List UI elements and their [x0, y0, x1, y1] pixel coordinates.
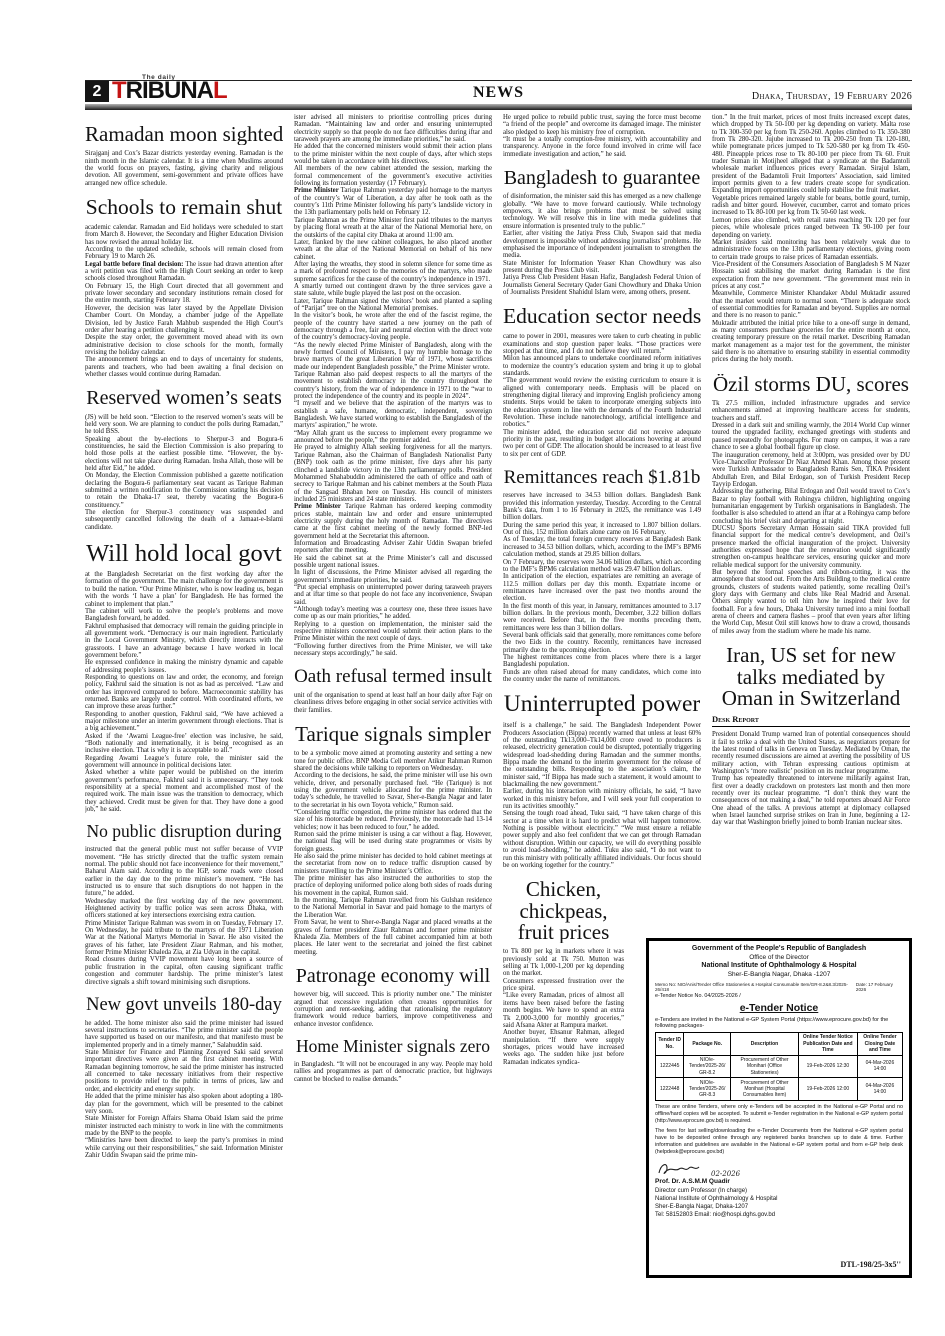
article: Remittances reach $1.81breserves have in… — [503, 468, 701, 683]
article-paragraph: Milon has announced plans to undertake c… — [503, 355, 701, 377]
article-paragraph: Muktadir attributed the initial price hi… — [712, 320, 910, 364]
article: Özil storms DU, scoresTk 27.5 million, i… — [712, 374, 910, 635]
article-paragraph: Speaking about the by-elections to Sherp… — [85, 436, 283, 473]
article-paragraph: President Donald Trump warned Iran of po… — [712, 731, 910, 775]
article-headline: Patronage economy will — [294, 966, 492, 986]
article-headline: Bangladesh to guarantee — [503, 168, 701, 188]
article-paragraph: “Ministries have been directed to keep t… — [85, 1137, 283, 1159]
article-paragraph: He added that the concerned ministers wo… — [294, 143, 492, 165]
tender-cell: 1222448 — [656, 1078, 684, 1101]
article-headline: Reserved women’s seats — [85, 388, 283, 408]
article-paragraph: Asked if the ‘Awami League-free’ electio… — [85, 733, 283, 755]
tender-title: e-Tender Notice — [655, 1002, 903, 1014]
article: No public disruption duringinstructed th… — [85, 823, 283, 985]
article-paragraph: He also said the prime minister has deci… — [294, 853, 492, 875]
article-paragraph: Meanwhile, Commerce Minister Khandaker A… — [712, 290, 910, 319]
tender-notice-number: e-Tender Notice No. 04/2025-2026 / — [655, 993, 903, 999]
article-paragraph: According to the updated schedule, schoo… — [85, 246, 283, 261]
article-paragraph: Responding to another question, Fakhrul … — [85, 711, 283, 733]
signatory-org: National Institute of Ophthalmology & Ho… — [655, 1195, 903, 1203]
article-paragraph: He prayed to almighty Allah seeking forg… — [294, 444, 492, 503]
article-paragraph: Despite the stay order, the government m… — [85, 334, 283, 356]
article-headline: Tarique signals simpler — [294, 724, 492, 745]
article-paragraph: of disinformation, the minister said thi… — [503, 193, 701, 230]
article-paragraph: at the Bangladesh Secretariat on the fir… — [85, 571, 283, 608]
article-paragraph: “Following further directives from the P… — [294, 643, 492, 658]
tender-row: 1222448NIO/e-Tender/2025-26/ GR-8.3Procu… — [656, 1078, 903, 1101]
article-paragraph: The cabinet will work to solve the peopl… — [85, 608, 283, 623]
article-paragraph: Tk 27.5 million, included infrastructure… — [712, 400, 910, 422]
masthead: 2 The daily TRIBUNAL NEWS Dhaka, Thursda… — [85, 83, 912, 102]
article-paragraph: State Minister for Foreign Affairs Shama… — [85, 1115, 283, 1137]
article-paragraph: He said the cabinet sat at the Prime Min… — [294, 555, 492, 570]
article-paragraph: (JS) will be held soon. “Election to the… — [85, 414, 283, 436]
dateline: Dhaka, Thursday, 19 February 2026 — [752, 91, 912, 102]
article-paragraph: On February 15, the High Court directed … — [85, 283, 283, 305]
article: Education sector needscame to power in 2… — [503, 306, 701, 458]
article-paragraph: Lemon prices also climbed, with retail r… — [712, 217, 910, 239]
brand-logo: The daily TRIBUNAL — [112, 74, 227, 102]
article-headline: Uninterrupted power — [503, 693, 701, 717]
signature-scribble-icon — [655, 1160, 707, 1178]
article: Tarique signals simplerto be a symbolic … — [294, 724, 492, 956]
article-paragraph: “The government would review the existin… — [503, 377, 701, 428]
article-paragraph: he added. The home minister also said th… — [85, 1020, 283, 1049]
article-headline: Schools to remain shut — [85, 197, 283, 219]
tender-intro: e-Tenders are invited in the National e-… — [655, 1017, 903, 1029]
article-paragraph: Wednesday marked the first working day o… — [85, 898, 283, 920]
article-paragraph: In the first month of this year, in Janu… — [503, 603, 701, 632]
article-byline: Desk Report — [712, 714, 910, 727]
article-headline: Will hold local govt — [85, 541, 283, 566]
article: Iran, US set for new talks mediated by O… — [712, 645, 910, 827]
article-paragraph: “May Allah grant us the success to imple… — [294, 430, 492, 445]
article-paragraph: In anticipation of the election, expatri… — [503, 573, 701, 602]
article-paragraph: However, the decision was later stayed b… — [85, 305, 283, 334]
column-2: ister advised all ministers to prioritis… — [294, 114, 492, 1299]
article-paragraph: “Although today’s meeting was a courtesy… — [294, 606, 492, 621]
article: Reserved women’s seats(JS) will be held … — [85, 388, 283, 531]
tender-memo-no: Memo No: NIO/Anis/Tender Office Statione… — [655, 982, 856, 992]
article-paragraph: Vegetable prices remained largely stable… — [712, 195, 910, 217]
article-paragraph: Later, flanked by the new cabinet collea… — [294, 239, 492, 261]
article-paragraph: In the visitor’s book, he wrote after th… — [294, 312, 492, 341]
article-paragraph: He added that the prime minister has als… — [85, 1093, 283, 1115]
article-paragraph: Regarding Awami League’s future role, th… — [85, 755, 283, 770]
article-headline: New govt unveils 180-day — [85, 996, 283, 1015]
article-headline: Education sector needs — [503, 306, 701, 328]
article-paragraph: “Put special emphasis on uninterrupted p… — [294, 584, 492, 606]
article-paragraph: unit of the organisation to spend at lea… — [294, 692, 492, 714]
article: Ramadan moon sightedSirajganj and Cox’s … — [85, 124, 283, 187]
article-paragraph: to be a symbolic move aimed at promoting… — [294, 750, 492, 772]
article-paragraph: After laying the wreaths, they stood in … — [294, 261, 492, 283]
article-paragraph: The prime minister has also instructed t… — [294, 875, 492, 897]
signatory-contact: Tel: 58152803 Email: nio@hospi.dghs.gov.… — [655, 1211, 903, 1219]
article-paragraph: The announcement brings an end to days o… — [85, 356, 283, 378]
article-paragraph: Sensing the tough road ahead, Tuku said,… — [503, 810, 701, 869]
article: tion.” In the fruit market, prices of mo… — [712, 114, 910, 364]
article-paragraph: Several bank officials said that general… — [503, 632, 701, 654]
article-paragraph: Asked whether a white paper would be pub… — [85, 769, 283, 813]
article-paragraph: On Monday, the Election Commission publi… — [85, 472, 283, 509]
signature-row: 02-2026 — [655, 1160, 903, 1178]
signature-date-scrawl: 02-2026 — [711, 1170, 740, 1178]
article-paragraph: Prime Minister Tarique Rahman yesterday … — [294, 187, 492, 216]
article: Will hold local govtat the Bangladesh Se… — [85, 541, 283, 813]
article-headline: Özil storms DU, scores — [712, 374, 910, 395]
article: Schools to remain shutacademic calendar.… — [85, 197, 283, 378]
article-paragraph: Fakhrul emphasised that democracy will r… — [85, 623, 283, 660]
article-paragraph: In light of discussions, the Prime Minis… — [294, 569, 492, 584]
article-paragraph: The inauguration ceremony, held at 3:00p… — [712, 452, 910, 489]
article: Patronage economy willhowever big, will … — [294, 966, 492, 1028]
article-paragraph: academic calendar. Ramadan and Eid holid… — [85, 224, 283, 246]
tender-row: 1222445NIO/e-Tender/2025-26/ GR-8.2Procu… — [656, 1055, 903, 1078]
masthead-left: 2 The daily TRIBUNAL — [85, 74, 227, 102]
article-paragraph: Prime Minister Tarique Rahman has ordere… — [294, 503, 492, 540]
article-paragraph: itself is a challenge,” he said. The Ban… — [503, 722, 701, 788]
newspaper-page: 2 The daily TRIBUNAL NEWS Dhaka, Thursda… — [0, 0, 945, 1336]
tender-col-header: Tender ID No. — [656, 1032, 684, 1055]
tender-cell: 19-Feb-2026 12:00 — [798, 1078, 857, 1101]
article-paragraph: Responding to questions on law and order… — [85, 674, 283, 711]
article: Chicken, chickpeas, fruit pricesto Tk 80… — [503, 879, 624, 1066]
column-1: Ramadan moon sightedSirajganj and Cox’s … — [85, 114, 283, 1299]
tender-office-line: Office of the Director — [655, 954, 903, 962]
article-paragraph: Earlier, after visiting the Jatiya Press… — [503, 230, 701, 259]
article-paragraph: “Like every Ramadan, prices of almost al… — [503, 992, 624, 1029]
article: Bangladesh to guaranteeof disinformation… — [503, 168, 701, 296]
article-paragraph: The election for Sherpur-3 constituency … — [85, 509, 283, 531]
article-paragraph: A smartly turned out contingent drawn by… — [294, 283, 492, 298]
article-paragraph: “I myself and we believe that the aspira… — [294, 400, 492, 429]
article-paragraph: During the same period this year, it inc… — [503, 522, 701, 537]
article-paragraph: Market insiders said monitoring has been… — [712, 239, 910, 261]
article-paragraph: State Minister for Information Yeaser Kh… — [503, 260, 701, 275]
article-paragraph: Information and Broadcasting Adviser Zah… — [294, 540, 492, 555]
article-paragraph: Funds are often raised abroad for many c… — [503, 669, 701, 684]
article-paragraph: Consumers expressed frustration over the… — [503, 978, 624, 993]
article-paragraph: But beyond the formal speeches and ribbo… — [712, 569, 910, 635]
article-paragraph: Tarique Rahman as the Prime Minister fir… — [294, 217, 492, 239]
article-paragraph: DUCSU Sports Secretary Arman Hossain sai… — [712, 525, 910, 569]
tender-memo-row: Memo No: NIO/Anis/Tender Office Statione… — [655, 982, 903, 992]
article-paragraph: The minister added, the education sector… — [503, 429, 701, 458]
signatory-title: Director cum Professor (In charge) — [655, 1187, 903, 1195]
masthead-divider-bar — [85, 104, 912, 110]
article-paragraph: Jatiya Press Club President Hasan Hafiz,… — [503, 274, 701, 296]
article-paragraph: Vice-President of the Consumers Associat… — [712, 261, 910, 290]
article-headline: Remittances reach $1.81b — [503, 468, 701, 487]
tender-cell: 19-Feb-2026 12:30 — [798, 1055, 857, 1078]
article-paragraph: All members of the new cabinet attended … — [294, 165, 492, 187]
article-paragraph: Replying to a question on implementation… — [294, 621, 492, 643]
article-paragraph: reserves have increased to 34.53 billion… — [503, 492, 701, 521]
article: Uninterrupted poweritself is a challenge… — [503, 693, 701, 869]
tender-col-header: Online Tender Notice Publication Date an… — [798, 1032, 857, 1055]
article-paragraph: Legal battle before final decision: The … — [85, 261, 283, 283]
tender-col-header: Online Tender Closing Date and Time — [857, 1032, 902, 1055]
article-paragraph: In the morning, Tarique Rahman travelled… — [294, 897, 492, 919]
tender-institute-line: National Institute of Ophthalmology & Ho… — [655, 962, 903, 971]
article-paragraph: ister advised all ministers to prioritis… — [294, 114, 492, 143]
tender-note-1: These are online Tenders, where only e-T… — [655, 1104, 903, 1125]
article-paragraph: Later, Tarique Rahman signed the visitor… — [294, 298, 492, 313]
article-paragraph: however big, will succeed. This is prior… — [294, 991, 492, 1028]
tender-cell: Procurement of Other Monihari (Office St… — [731, 1055, 799, 1078]
article-paragraph: came to power in 2001, measures were tak… — [503, 333, 701, 355]
article-paragraph: in Bangladesh. “It will not be encourage… — [294, 1061, 492, 1083]
article-paragraph: According to the decisions, he said, the… — [294, 772, 492, 809]
article-paragraph: “As the newly elected Prime Minister of … — [294, 342, 492, 371]
tender-cell: 1222445 — [656, 1055, 684, 1078]
article-paragraph: tion.” In the fruit market, prices of mo… — [712, 114, 910, 195]
article-paragraph: As of Tuesday, the total foreign currenc… — [503, 536, 701, 558]
tender-col-header: Description — [731, 1032, 799, 1055]
article-paragraph: From Savar, he went to Sher-e-Bangla Nag… — [294, 919, 492, 956]
article-paragraph: The highest remittances come from places… — [503, 654, 701, 669]
article-headline: No public disruption during — [85, 823, 283, 841]
article-paragraph: “Considering traffic congestion, the pri… — [294, 809, 492, 831]
tender-cell: NIO/e-Tender/2025-26/ GR-8.2 — [684, 1055, 731, 1078]
article: Home Minister signals zeroin Bangladesh.… — [294, 1038, 492, 1083]
article-paragraph: “It must be a totally corruption-free mi… — [503, 136, 701, 158]
article-paragraph: He expressed confidence in making the mi… — [85, 659, 283, 674]
article-paragraph: Trump has repeatedly threatened to inter… — [712, 775, 910, 826]
tender-col-header: Package No. — [684, 1032, 731, 1055]
article-paragraph: Another buyer, Ehsanur Rahman, alleged m… — [503, 1029, 624, 1066]
article-headline: Iran, US set for new talks mediated by O… — [712, 645, 910, 709]
tender-cell: 04-Mar-2026 14:00 — [857, 1055, 902, 1078]
article-paragraph: State Minister for Finance and Planning … — [85, 1049, 283, 1093]
article-paragraph: to Tk 800 per kg in markets where it was… — [503, 948, 624, 977]
article: Oath refusal termed insultunit of the or… — [294, 667, 492, 713]
article-paragraph: Road closures during VVIP movement have … — [85, 956, 283, 985]
tender-cell: 04-Mar-2026 14:00 — [857, 1078, 902, 1101]
article-paragraph: He urged police to rebuild public trust,… — [503, 114, 701, 136]
tender-note-2: The fees for last selling/downloading th… — [655, 1128, 903, 1156]
tender-table: Tender ID No.Package No.DescriptionOnlin… — [655, 1032, 903, 1101]
article-headline: Chicken, chickpeas, fruit prices — [503, 879, 624, 943]
article-paragraph: Earlier, during his interaction with min… — [503, 788, 701, 810]
tender-address-line: Sher-E-Bangla Nagar, Dhaka -1207 — [655, 971, 903, 979]
article-paragraph: instructed that the general public must … — [85, 846, 283, 897]
page-number-badge: 2 — [85, 81, 109, 102]
signatory-block: Prof. Dr. A.S.M.M Quadir Director cum Pr… — [655, 1178, 903, 1219]
article-paragraph: Dressed in a dark suit and smiling warml… — [712, 422, 910, 451]
tender-notice-ad: Government of the People's Republic of B… — [646, 938, 912, 1278]
tender-gov-line: Government of the People's Republic of B… — [655, 945, 903, 954]
brand-wordmark: TRIBUNAL — [112, 77, 227, 104]
signatory-address: Sher-E-Bangla Nagar, Dhaka-1207 — [655, 1203, 903, 1211]
article-paragraph: Tarique Rahman also paid deepest respect… — [294, 371, 492, 400]
article-headline: Ramadan moon sighted — [85, 124, 283, 145]
ad-reference-code: DTL-198/25-3x5'' — [841, 1260, 901, 1269]
tender-cell: Procurement of Other Monihari (Hospital … — [731, 1078, 799, 1101]
signatory-name: Prof. Dr. A.S.M.M Quadir — [655, 1178, 903, 1187]
article-paragraph: Rumon said the prime minister is using a… — [294, 831, 492, 853]
article: He urged police to rebuild public trust,… — [503, 114, 701, 158]
tender-memo-date: Date: 17 February 2026 — [856, 982, 903, 992]
article-paragraph: Prime Minister Tarique Rahman was sworn … — [85, 920, 283, 957]
article-headline: Home Minister signals zero — [294, 1038, 492, 1056]
article-headline: Oath refusal termed insult — [294, 667, 492, 686]
article-paragraph: Sirajganj and Cox’s Bazar districts yest… — [85, 150, 283, 187]
article-paragraph: On 7 February, the reserves were 34.06 b… — [503, 559, 701, 574]
article-paragraph: Addressing the gathering, Bilal Erdogan … — [712, 488, 910, 525]
article: ister advised all ministers to prioritis… — [294, 114, 492, 657]
tender-cell: NIO/e-Tender/2025-26/ GR-8.3 — [684, 1078, 731, 1101]
article: New govt unveils 180-dayhe added. The ho… — [85, 996, 283, 1159]
